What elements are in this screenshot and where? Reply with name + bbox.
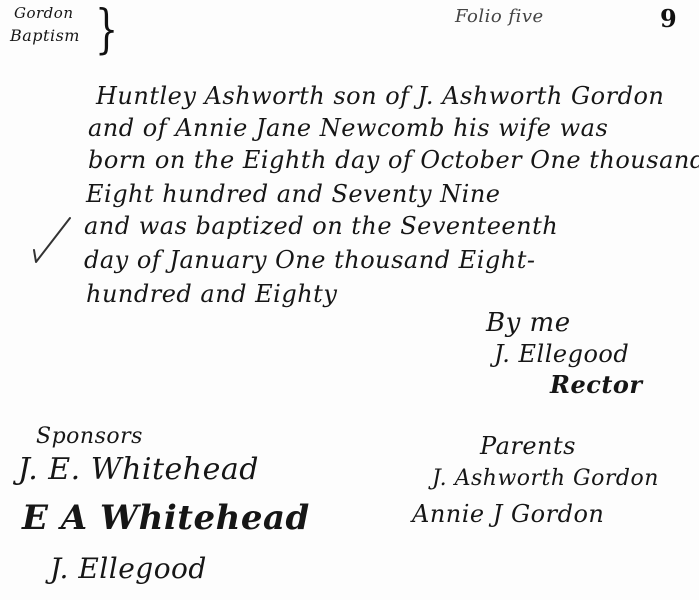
margin-note-event: Baptism [10, 26, 80, 45]
sponsor-signature: J. E. Whitehead [18, 452, 259, 487]
sponsor-signature: J. Ellegood [50, 552, 207, 585]
sponsors-label: Sponsors [36, 424, 143, 449]
margin-note-surname: Gordon [14, 4, 73, 22]
entry-line: day of January One thousand Eight- [84, 246, 535, 274]
check-mark-icon [30, 210, 80, 270]
entry-line: and of Annie Jane Newcomb his wife was [88, 114, 608, 142]
entry-line: Eight hundred and Seventy Nine [86, 180, 500, 208]
margin-note: Gordon Baptism } [4, 4, 124, 60]
parents-label: Parents [480, 432, 576, 460]
entry-line: Huntley Ashworth son of J. Ashworth Gord… [96, 82, 664, 110]
parent-signature: J. Ashworth Gordon [432, 466, 659, 491]
folio-label: Folio five [455, 6, 544, 27]
officiant-title: Rector [550, 370, 643, 399]
parent-signature: Annie J Gordon [412, 500, 604, 528]
sponsor-signature: E A Whitehead [22, 498, 310, 538]
officiant-name: J. Ellegood [494, 340, 629, 368]
register-page: Gordon Baptism } Folio five 9 Huntley As… [0, 0, 699, 600]
entry-line: hundred and Eighty [86, 280, 337, 308]
entry-line: and was baptized on the Seventeenth [84, 212, 558, 240]
page-number: 9 [660, 4, 677, 33]
by-me-label: By me [486, 308, 571, 338]
entry-line: born on the Eighth day of October One th… [88, 146, 699, 174]
brace-icon: } [95, 4, 118, 56]
